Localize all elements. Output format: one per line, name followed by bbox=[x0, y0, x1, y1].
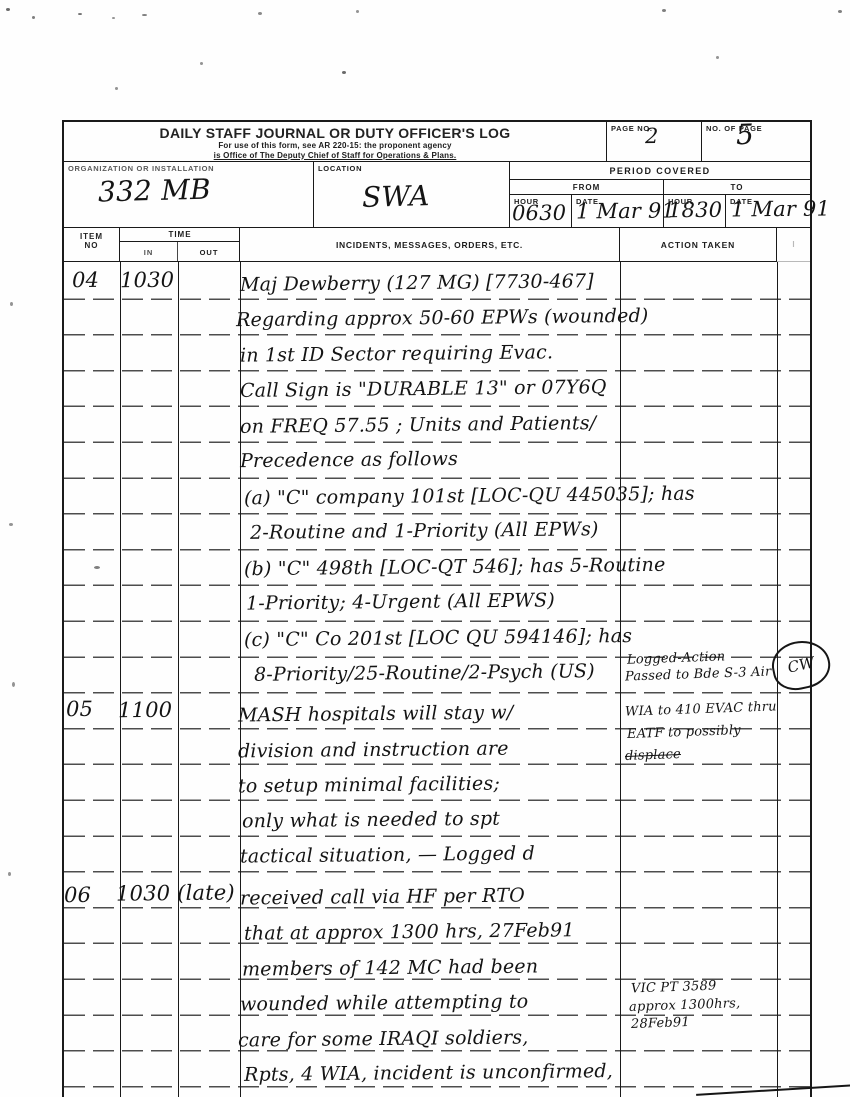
scan-speck bbox=[78, 13, 82, 15]
form-title: DAILY STAFF JOURNAL OR DUTY OFFICER'S LO… bbox=[64, 125, 606, 141]
from-label: FROM bbox=[510, 180, 664, 195]
col-header-item-no: ITEM NO bbox=[64, 228, 120, 262]
incident-line: (b) "C" 498th [LOC-QT 546]; has 5-Routin… bbox=[244, 554, 666, 580]
period-covered-label: PERIOD COVERED bbox=[510, 162, 810, 180]
form-subtitle-line2: is Office of The Deputy Chief of Staff f… bbox=[64, 151, 606, 161]
incident-line: received call via HF per RTO bbox=[240, 885, 525, 910]
scan-speck bbox=[342, 71, 346, 74]
incident-line: 2-Routine and 1-Priority (All EPWs) bbox=[250, 518, 599, 544]
incident-line: Precedence as follows bbox=[240, 448, 458, 472]
page-no-value: 2 bbox=[645, 124, 659, 148]
incident-line: division and instruction are bbox=[238, 738, 509, 763]
incident-line: Maj Dewberry (127 MG) [7730-467] bbox=[240, 270, 594, 296]
item-no: 05 bbox=[66, 697, 93, 721]
pages-label: NO. OF PAGE bbox=[702, 122, 810, 133]
scan-speck bbox=[258, 12, 262, 15]
incident-line: 1-Priority; 4-Urgent (All EPWS) bbox=[246, 589, 555, 614]
column-divider bbox=[178, 262, 179, 1097]
col-header-action: ACTION TAKEN bbox=[620, 228, 777, 262]
item-header-line1: ITEM bbox=[64, 232, 119, 241]
incident-line: Regarding approx 50-60 EPWs (wounded) bbox=[236, 305, 649, 331]
scan-speck bbox=[838, 10, 842, 13]
location-value: SWA bbox=[362, 179, 430, 214]
col-header-time: TIME IN OUT bbox=[120, 228, 240, 262]
to-label: TO bbox=[664, 180, 810, 195]
incident-line: tactical situation, — Logged d bbox=[240, 842, 535, 867]
scan-speck bbox=[12, 682, 15, 687]
action-line: 28Feb91 bbox=[631, 1015, 690, 1032]
scanned-duty-log-page: DAILY STAFF JOURNAL OR DUTY OFFICER'S LO… bbox=[0, 0, 850, 1097]
scan-speck bbox=[6, 8, 10, 11]
scan-speck bbox=[716, 56, 719, 59]
incident-line: to setup minimal facilities; bbox=[238, 773, 500, 798]
incident-line: 8-Priority/25-Routine/2-Psych (US) bbox=[254, 660, 595, 686]
incident-line: MASH hospitals will stay w/ bbox=[238, 702, 514, 727]
incident-line: Call Sign is "DURABLE 13" or 07Y6Q bbox=[240, 376, 607, 402]
time-in: 1030 bbox=[120, 268, 174, 293]
column-divider bbox=[120, 262, 121, 1097]
incident-line: (a) "C" company 101st [LOC-QU 445035]; h… bbox=[244, 483, 695, 510]
incident-line: members of 142 MC had been bbox=[242, 955, 538, 980]
time-in: 1030 (late) bbox=[116, 880, 235, 905]
time-in: 1100 bbox=[118, 698, 172, 723]
action-line-struck: displace bbox=[625, 747, 681, 764]
incident-line: on FREQ 57.55 ; Units and Patients/ bbox=[240, 412, 597, 438]
organization-label: ORGANIZATION OR INSTALLATION bbox=[64, 162, 313, 173]
scan-speck bbox=[8, 872, 11, 876]
scan-speck bbox=[10, 302, 13, 306]
incident-line: (c) "C" Co 201st [LOC QU 594146]; has bbox=[244, 625, 632, 651]
to-hour-value: 1830 bbox=[668, 198, 722, 223]
incident-line: only what is needed to spt bbox=[242, 808, 500, 833]
to-date-value: 1 Mar 91 bbox=[731, 196, 830, 221]
item-no: 04 bbox=[72, 268, 99, 292]
time-header: TIME bbox=[120, 228, 240, 242]
scan-speck bbox=[9, 523, 13, 526]
form-subtitle-line1: For use of this form, see AR 220-15: the… bbox=[64, 141, 606, 151]
action-line: VIC PT 3589 bbox=[631, 979, 717, 997]
pages-value: 5 bbox=[736, 118, 755, 151]
location-label: LOCATION bbox=[314, 162, 509, 173]
item-no: 06 bbox=[64, 883, 91, 907]
scan-speck bbox=[112, 17, 115, 19]
item-header-line2: NO bbox=[64, 241, 119, 250]
incident-line: in 1st ID Sector requiring Evac. bbox=[240, 341, 553, 366]
scan-speck bbox=[115, 87, 118, 90]
scan-speck bbox=[200, 62, 203, 65]
pages-cell: NO. OF PAGE bbox=[702, 122, 810, 162]
scan-speck bbox=[662, 9, 666, 12]
from-date-value: 1 Mar 91 bbox=[576, 198, 675, 223]
incident-line: care for some IRAQI soldiers, bbox=[238, 1026, 529, 1051]
scan-speck bbox=[32, 16, 35, 19]
incident-line: wounded while attempting to bbox=[240, 990, 529, 1015]
organization-value: 332 MB bbox=[98, 173, 212, 209]
incident-line: Rpts, 4 WIA, incident is unconfirmed, bbox=[244, 1060, 613, 1086]
scan-speck bbox=[356, 10, 359, 13]
time-out-header: OUT bbox=[178, 242, 240, 262]
title-block: DAILY STAFF JOURNAL OR DUTY OFFICER'S LO… bbox=[64, 122, 607, 162]
scan-speck bbox=[142, 14, 147, 16]
column-divider bbox=[620, 262, 621, 1097]
from-hour-value: 0630 bbox=[512, 201, 566, 226]
initials-text: CW bbox=[786, 653, 816, 676]
col-header-incidents: INCIDENTS, MESSAGES, ORDERS, ETC. bbox=[240, 228, 620, 262]
incident-line: that at approx 1300 hrs, 27Feb91 bbox=[244, 919, 575, 944]
col-header-initials: I bbox=[777, 228, 810, 262]
time-in-header: IN bbox=[120, 242, 178, 262]
